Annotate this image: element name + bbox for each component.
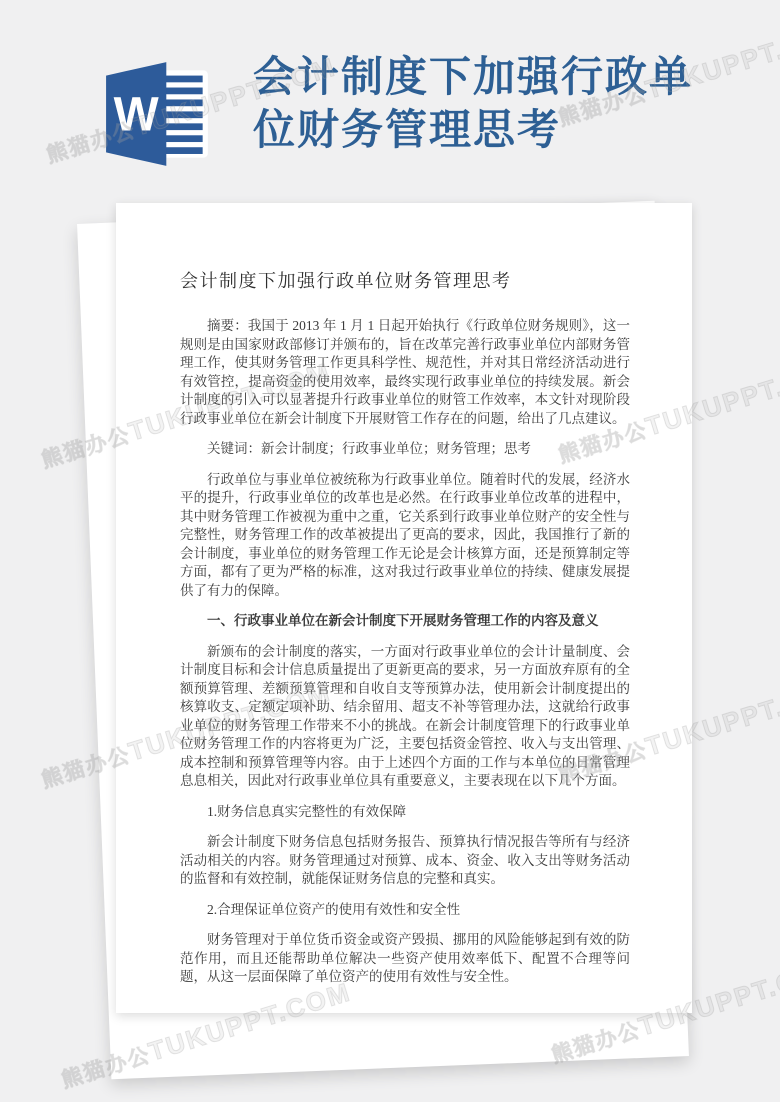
document-paragraph-6: 1.财务信息真实完整性的有效保障 xyxy=(180,803,630,822)
document-paragraph-4: 一、行政事业单位在新会计制度下开展财务管理工作的内容及意义 xyxy=(180,612,630,631)
document-paragraph-2: 关键词：新会计制度；行政事业单位；财务管理；思考 xyxy=(180,440,630,459)
page-title: 会计制度下加强行政单位财务管理思考 xyxy=(253,52,733,158)
document-paragraph-5: 新颁布的会计制度的落实，一方面对行政事业单位的会计计量制度、会计制度目标和会计信… xyxy=(180,643,630,791)
word-icon: W xyxy=(106,60,210,168)
document-paragraph-3: 行政单位与事业单位被统称为行政事业单位。随着时代的发展，经济水平的提升，行政事业… xyxy=(180,471,630,601)
document-paragraph-8: 2.合理保证单位资产的使用有效性和安全性 xyxy=(180,901,630,920)
document-title: 会计制度下加强行政单位财务管理思考 xyxy=(180,267,630,293)
page-background: { "colors": { "background": "#f0f0f1", "… xyxy=(0,0,780,1102)
word-icon-letter: W xyxy=(114,89,160,142)
document-paragraph-9: 财务管理对于单位货币资金或资产毁损、挪用的风险能够起到有效的防范作用，而且还能帮… xyxy=(180,931,630,987)
document-page: 会计制度下加强行政单位财务管理思考 摘要：我国于 2013 年 1 月 1 日起… xyxy=(116,203,692,1013)
document-body: 摘要：我国于 2013 年 1 月 1 日起开始执行《行政单位财务规则》，这一规… xyxy=(180,317,630,987)
document-paragraph-1: 摘要：我国于 2013 年 1 月 1 日起开始执行《行政单位财务规则》，这一规… xyxy=(180,317,630,428)
document-paragraph-7: 新会计制度下财务信息包括财务报告、预算执行情况报告等所有与经济活动相关的内容。财… xyxy=(180,833,630,889)
